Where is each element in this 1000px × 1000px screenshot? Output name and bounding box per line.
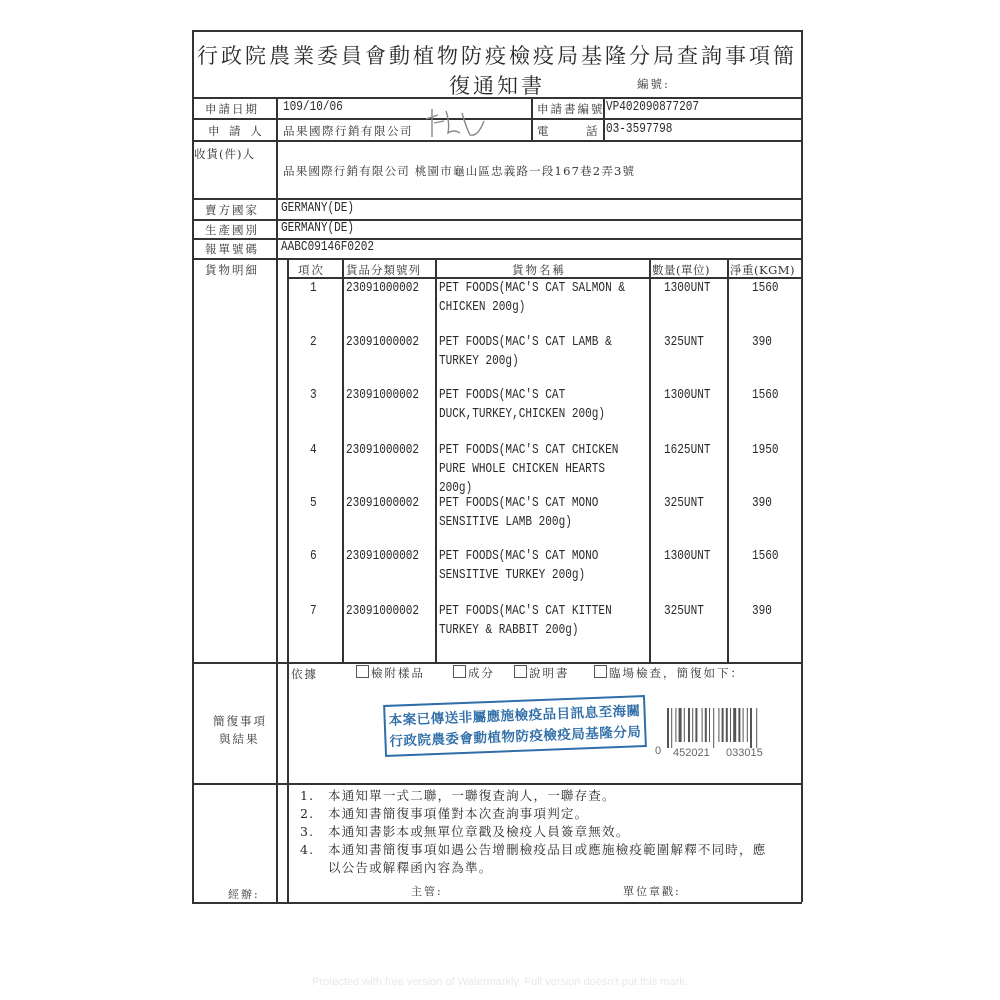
- application-no-value: VP402090877207: [606, 100, 699, 115]
- handler-label: 經辦:: [228, 886, 260, 902]
- row-goods-name: PET FOODS(MĀC'S CAT LAMB & TURKEY 200g): [439, 333, 612, 371]
- barcode-left-digit: 0: [655, 745, 661, 757]
- col-item: 項次: [298, 262, 325, 278]
- note-item: 2.本通知書簡復事項僅對本次查詢事項判定。: [300, 805, 766, 823]
- watermark-text: Protected with free version of Watermark…: [0, 976, 1000, 988]
- applicant-label: 申 請 人: [208, 123, 265, 139]
- row-net-weight: 390: [752, 602, 772, 621]
- row-quantity: 1625UNT: [664, 441, 711, 460]
- row-item-number: 2: [310, 333, 317, 352]
- consignee-value: 品果國際行銷有限公司 桃園市龜山區忠義路一段167巷2弄3號: [283, 163, 635, 179]
- checkbox-manual[interactable]: [514, 665, 527, 678]
- production-country-label: 生產國別: [205, 222, 259, 238]
- apply-date-value: 109/10/06: [283, 100, 343, 115]
- barcode: 0 452021 033015: [663, 708, 783, 760]
- barcode-mid-digits: 452021: [673, 747, 710, 759]
- row-net-weight: 1560: [752, 547, 779, 566]
- option-ingredients[interactable]: 成分: [453, 665, 495, 681]
- row-goods-name: PET FOODS(MAC'S CAT SALMON & CHICKEN 200…: [439, 279, 625, 317]
- basis-label: 依據: [291, 666, 318, 682]
- note-text: 本通知書簡復事項如遇公告增刪檢疫品目或應施檢疫範圍解釋不同時，應: [328, 842, 766, 857]
- option-manual[interactable]: 說明書: [514, 665, 570, 681]
- row-item-number: 4: [310, 441, 317, 460]
- official-stamp: 本案已傳送非屬應施檢疫品目訊息至海關 行政院農委會動植物防疫檢疫局基隆分局: [383, 695, 647, 757]
- reply-section-label-1: 簡復事項: [213, 713, 267, 729]
- barcode-right-digits: 033015: [726, 747, 763, 759]
- note-item: 以公告或解釋函內容為準。: [300, 859, 766, 877]
- col-qty: 數量(單位): [652, 262, 710, 278]
- option-inspection[interactable]: 臨場檢查，簡復如下：: [594, 665, 744, 681]
- note-number: 1.: [300, 787, 328, 805]
- handwritten-signature: [420, 103, 490, 141]
- col-name: 貨物名稱: [512, 262, 566, 278]
- row-net-weight: 390: [752, 494, 772, 513]
- row-net-weight: 390: [752, 333, 772, 352]
- row-goods-name: PET FOODS(MAC'S CAT MONO SENSITIVE TURKE…: [439, 547, 598, 585]
- row-item-number: 1: [310, 279, 317, 298]
- note-text: 本通知書影本或無單位章戳及檢疫人員簽章無效。: [328, 824, 629, 839]
- note-number: 4.: [300, 841, 328, 859]
- production-country-value: GERMANY(DE): [281, 221, 354, 236]
- note-text: 以公告或解釋函內容為準。: [328, 860, 492, 875]
- row-goods-name: PET FOODS(MAC'S CAT CHICKEN PURE WHOLE C…: [439, 441, 618, 498]
- phone-value: 03-3597798: [606, 122, 672, 137]
- apply-date-label: 申請日期: [205, 101, 259, 117]
- row-quantity: 325UNT: [664, 602, 704, 621]
- col-weight: 淨重(KGM): [730, 262, 795, 278]
- supervisor-label: 主管:: [411, 883, 443, 899]
- checkbox-inspection[interactable]: [594, 665, 607, 678]
- row-commodity-code: 23091000002: [346, 333, 419, 352]
- note-item: 4.本通知書簡復事項如遇公告增刪檢疫品目或應施檢疫範圍解釋不同時，應: [300, 841, 766, 859]
- row-commodity-code: 23091000002: [346, 547, 419, 566]
- row-commodity-code: 23091000002: [346, 494, 419, 513]
- row-goods-name: PET FOODS(MAC'S CAT MONO SENSITIVE LAMB …: [439, 494, 598, 532]
- barcode-bars-icon: [663, 708, 783, 748]
- row-goods-name: PET FOODS(MAC'S CAT DUCK,TURKEY,CHICKEN …: [439, 386, 605, 424]
- row-item-number: 7: [310, 602, 317, 621]
- phone-label-left: 電: [537, 123, 551, 139]
- applicant-value: 品果國際行銷有限公司: [283, 123, 413, 139]
- row-item-number: 5: [310, 494, 317, 513]
- row-quantity: 1300UNT: [664, 547, 711, 566]
- consignee-label: 收貨(件)人: [194, 146, 255, 162]
- seller-country-label: 賣方國家: [205, 202, 259, 218]
- application-no-label: 申請書編號: [537, 101, 605, 117]
- phone-label-right: 話: [586, 123, 600, 139]
- row-quantity: 1300UNT: [664, 279, 711, 298]
- row-net-weight: 1560: [752, 279, 779, 298]
- checkbox-sample[interactable]: [356, 665, 369, 678]
- row-commodity-code: 23091000002: [346, 386, 419, 405]
- unit-seal-label: 單位章戳:: [623, 883, 681, 899]
- row-net-weight: 1950: [752, 441, 779, 460]
- option-sample[interactable]: 檢附樣品: [356, 665, 425, 681]
- serial-label: 編號:: [637, 76, 670, 92]
- note-text: 本通知單一式二聯，一聯復查詢人，一聯存查。: [328, 788, 616, 803]
- declaration-no-value: AABC09146F0202: [281, 240, 374, 255]
- row-net-weight: 1560: [752, 386, 779, 405]
- note-number: 2.: [300, 805, 328, 823]
- row-commodity-code: 23091000002: [346, 441, 419, 460]
- reply-section-label-2: 與結果: [219, 731, 260, 747]
- row-quantity: 325UNT: [664, 494, 704, 513]
- notes-list: 1.本通知單一式二聯，一聯復查詢人，一聯存查。2.本通知書簡復事項僅對本次查詢事…: [300, 787, 766, 877]
- seller-country-value: GERMANY(DE): [281, 201, 354, 216]
- form-title: 行政院農業委員會動植物防疫檢疫局基隆分局查詢事項簡復通知書: [192, 40, 802, 100]
- note-number: 3.: [300, 823, 328, 841]
- row-quantity: 1300UNT: [664, 386, 711, 405]
- col-code: 貨品分類號列: [346, 262, 421, 278]
- row-item-number: 6: [310, 547, 317, 566]
- row-quantity: 325UNT: [664, 333, 704, 352]
- declaration-no-label: 報單號碼: [205, 241, 259, 257]
- row-commodity-code: 23091000002: [346, 279, 419, 298]
- row-goods-name: PET FOODS(MAC'S CAT KITTEN TURKEY & RABB…: [439, 602, 612, 640]
- checkbox-ingredients[interactable]: [453, 665, 466, 678]
- row-commodity-code: 23091000002: [346, 602, 419, 621]
- note-item: 1.本通知單一式二聯，一聯復查詢人，一聯存查。: [300, 787, 766, 805]
- goods-section-label: 貨物明細: [205, 262, 259, 278]
- note-text: 本通知書簡復事項僅對本次查詢事項判定。: [328, 806, 588, 821]
- row-item-number: 3: [310, 386, 317, 405]
- note-item: 3.本通知書影本或無單位章戳及檢疫人員簽章無效。: [300, 823, 766, 841]
